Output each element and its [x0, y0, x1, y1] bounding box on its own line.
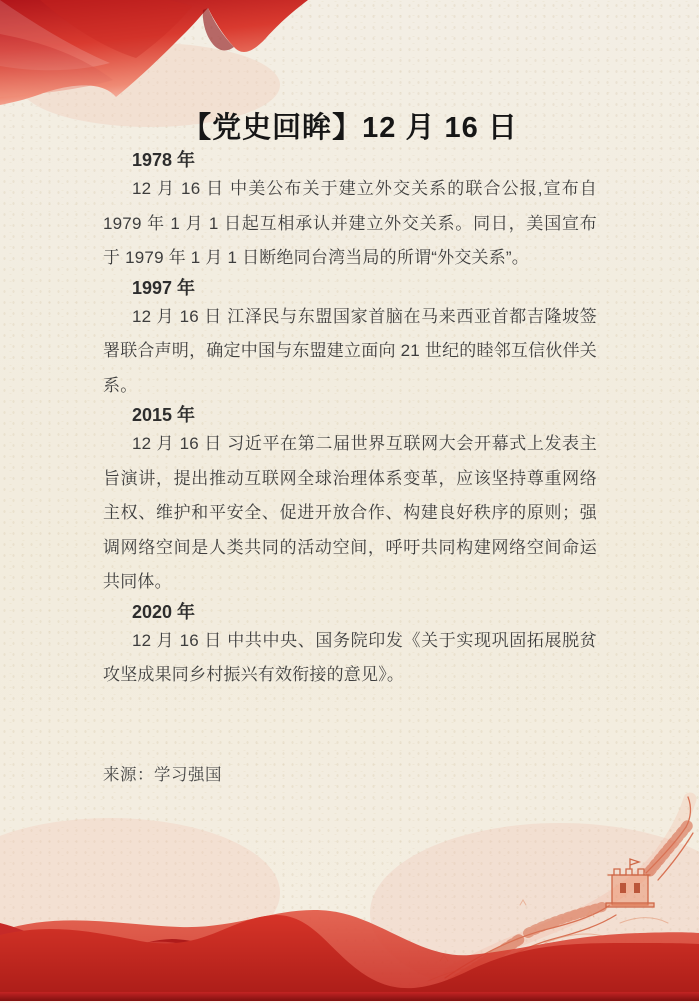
- pink-haze-right: [370, 823, 699, 1003]
- red-wave-back: [0, 910, 699, 1003]
- page-title: 【党史回眸】12 月 16 日: [103, 108, 597, 148]
- section-year: 2020 年: [132, 600, 597, 624]
- section-text: 12 月 16 日 习近平在第二届世界互联网大会开幕式上发表主旨演讲，提出推动互…: [103, 427, 597, 600]
- red-wave-front: [0, 915, 699, 1003]
- red-silk-knot: [98, 939, 252, 995]
- source-line: 来源：学习强国: [103, 763, 597, 787]
- document-page: 【党史回眸】12 月 16 日 1978 年 12 月 16 日 中美公布关于建…: [0, 0, 699, 1003]
- red-ribbon-left: [0, 923, 96, 997]
- pink-haze-left: [0, 818, 280, 968]
- section-year: 1978 年: [132, 148, 597, 172]
- history-section-2020: 2020 年 12 月 16 日 中共中央、国务院印发《关于实现巩固拓展脱贫攻坚…: [103, 600, 597, 693]
- section-year: 2015 年: [132, 403, 597, 427]
- bottom-red-strip: [0, 992, 699, 1001]
- history-section-2015: 2015 年 12 月 16 日 习近平在第二届世界互联网大会开幕式上发表主旨演…: [103, 403, 597, 600]
- section-text: 12 月 16 日 中美公布关于建立外交关系的联合公报,宣布自 1979 年 1…: [103, 172, 597, 276]
- history-section-1997: 1997 年 12 月 16 日 江泽民与东盟国家首脑在马来西亚首都吉隆坡签署联…: [103, 276, 597, 404]
- section-year: 1997 年: [132, 276, 597, 300]
- section-text: 12 月 16 日 中共中央、国务院印发《关于实现巩固拓展脱贫攻坚成果同乡村振兴…: [103, 624, 597, 693]
- section-text: 12 月 16 日 江泽民与东盟国家首脑在马来西亚首都吉隆坡签署联合声明，确定中…: [103, 300, 597, 404]
- article-content: 【党史回眸】12 月 16 日 1978 年 12 月 16 日 中美公布关于建…: [103, 0, 597, 787]
- bottom-decoration: [0, 783, 699, 1003]
- history-section-1978: 1978 年 12 月 16 日 中美公布关于建立外交关系的联合公报,宣布自 1…: [103, 148, 597, 276]
- great-wall-illustration: [428, 797, 693, 990]
